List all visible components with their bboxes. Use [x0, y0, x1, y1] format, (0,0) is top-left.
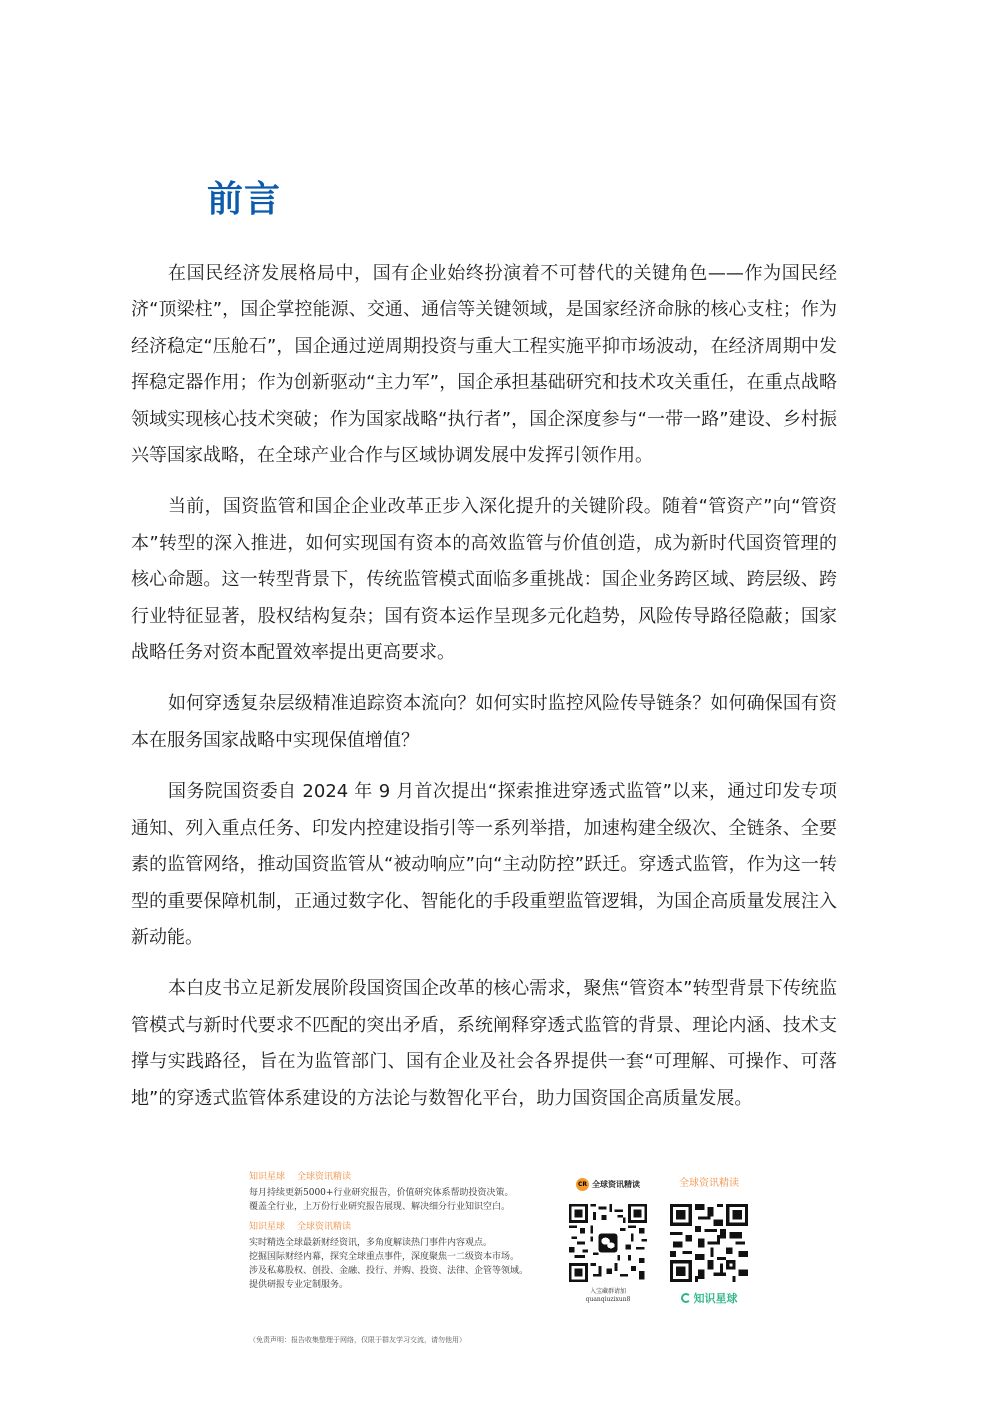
qr-block-zsxq: 全球资讯精读 知识星 — [664, 1176, 754, 1306]
zsxq-brand-name: 知识星球 — [694, 1290, 738, 1306]
paragraph-5: 本白皮书立足新发展阶段国资国企改革的核心需求，聚焦“管资本”转型背景下传统监管模… — [131, 971, 837, 1117]
promo-block-1: 知识星球全球资讯精读 每月持续更新5000+行业研究报告，价值研究体系帮助投资决… — [249, 1170, 549, 1214]
qr-block-wechat: CR 全球资讯精读 — [566, 1176, 650, 1304]
paragraph-2: 当前，国资监管和国企企业改革正步入深化提升的关键阶段。随着“管资产”向“管资本”… — [131, 489, 837, 671]
promo-text: 知识星球全球资讯精读 每月持续更新5000+行业研究报告，价值研究体系帮助投资决… — [249, 1170, 549, 1298]
promo-line: 挖掘国际财经内幕，探究全球重点事件，深度聚焦一二级资本市场。 — [249, 1250, 549, 1264]
qr-caption-line1: 入宝藏群请加 — [566, 1288, 650, 1296]
promo-heading: 知识星球全球资讯精读 — [249, 1170, 549, 1184]
zsxq-logo-icon — [681, 1293, 691, 1303]
cr-brand: CR 全球资讯精读 — [566, 1176, 650, 1192]
promo-block-2: 知识星球全球资讯精读 实时精选全球最新财经资讯，多角度解读热门事件内容观点。 挖… — [249, 1220, 549, 1292]
page-title: 前言 — [207, 176, 281, 224]
zsxq-brand: 知识星球 — [664, 1290, 754, 1306]
paragraph-4: 国务院国资委自 2024 年 9 月首次提出“探索推进穿透式监管”以来，通过印发… — [131, 774, 837, 956]
paragraph-3: 如何穿透复杂层级精准追踪资本流向？如何实时监控风险传导链条？如何确保国有资本在服… — [131, 686, 837, 759]
promo-line: 覆盖全行业，上万份行业研究报告展现、解决细分行业知识空白。 — [249, 1200, 549, 1214]
promo-line: 每月持续更新5000+行业研究报告，价值研究体系帮助投资决策。 — [249, 1186, 549, 1200]
qr-caption-line2: quanqiuzixun8 — [566, 1296, 650, 1304]
qr-code-wechat[interactable] — [569, 1204, 647, 1282]
document-page: 前言 在国民经济发展格局中，国有企业始终扮演着不可替代的关键角色——作为国民经济… — [0, 0, 1004, 1418]
promo-heading-right: 全球资讯精读 — [297, 1172, 351, 1182]
promo-heading: 知识星球全球资讯精读 — [249, 1220, 549, 1234]
cr-logo-icon: CR — [576, 1178, 589, 1191]
promo-line: 实时精选全球最新财经资讯，多角度解读热门事件内容观点。 — [249, 1236, 549, 1250]
paragraph-1: 在国民经济发展格局中，国有企业始终扮演着不可替代的关键角色——作为国民经济“顶梁… — [131, 256, 837, 474]
promo-heading-left: 知识星球 — [249, 1172, 285, 1182]
preface-body: 在国民经济发展格局中，国有企业始终扮演着不可替代的关键角色——作为国民经济“顶梁… — [131, 256, 837, 1132]
disclaimer: （免责声明：报告收集整理于网络，仅限于群友学习交流，请勿他用） — [249, 1335, 466, 1345]
promo-heading-left: 知识星球 — [249, 1222, 285, 1232]
promo-line: 提供研报专业定制服务。 — [249, 1278, 549, 1292]
cr-brand-name: 全球资讯精读 — [592, 1179, 640, 1190]
qr-label: 全球资讯精读 — [664, 1176, 754, 1192]
promo-line: 涉及私募股权、创投、金融、投行、并购、投资、法律、企管等领域。 — [249, 1264, 549, 1278]
promo-heading-right: 全球资讯精读 — [297, 1222, 351, 1232]
qr-code-zsxq[interactable] — [670, 1204, 748, 1282]
qr-caption: 入宝藏群请加 quanqiuzixun8 — [566, 1288, 650, 1304]
